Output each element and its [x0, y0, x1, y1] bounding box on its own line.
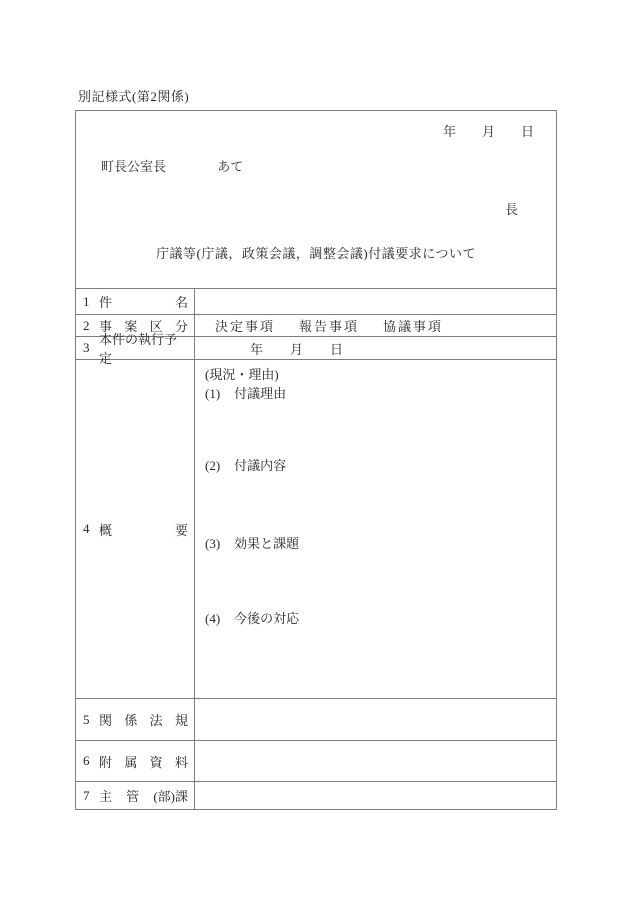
row-number: 6 — [83, 753, 99, 769]
label-char: 要 — [175, 520, 188, 539]
date-day-label: 日 — [330, 339, 343, 358]
date-year-label: 年 — [250, 339, 263, 358]
addressee-name: 町長公室長 — [101, 159, 166, 174]
label-char: 属 — [124, 752, 137, 771]
label-char: 主 — [99, 786, 112, 805]
attachments-cell — [195, 741, 556, 781]
sender-label: 長 — [505, 202, 518, 217]
item-text: 付議理由 — [234, 384, 286, 403]
related-laws-cell — [195, 699, 556, 740]
table-row-execution-schedule: 3 本件の執行予定 年 月 日 — [76, 336, 556, 359]
label-char: 法 — [150, 710, 163, 729]
subject-cell — [195, 289, 556, 314]
overview-content: (現況・理由) (1)付議理由 (2)付議内容 (3)効果と課題 (4)今後の対… — [195, 360, 556, 628]
option-decision: 決定事項 — [215, 316, 275, 335]
sender-line: 長 — [505, 199, 518, 218]
overview-item-4: (4)今後の対応 — [205, 609, 556, 628]
row-number: 7 — [83, 788, 99, 804]
table-row-responsible-division: 7 主 管 (部)課 — [76, 781, 556, 809]
date-year-label: 年 — [443, 121, 456, 140]
overview-item-2: (2)付議内容 — [205, 456, 556, 475]
option-consultation: 協議事項 — [383, 316, 443, 335]
overview-cell: (現況・理由) (1)付議理由 (2)付議内容 (3)効果と課題 (4)今後の対… — [195, 360, 556, 698]
label-char: 関 — [99, 710, 112, 729]
row-label-execution-schedule: 3 本件の執行予定 — [76, 337, 195, 359]
item-text: 効果と課題 — [234, 534, 299, 553]
row-label-text: 件 名 — [99, 292, 188, 311]
table-row-attachments: 6 附 属 資 料 — [76, 740, 556, 781]
label-char: 管 — [126, 786, 139, 805]
overview-heading: (現況・理由) — [205, 365, 556, 384]
row-number: 5 — [83, 712, 99, 728]
item-number: (2) — [205, 458, 220, 473]
execution-date-cell: 年 月 日 — [195, 337, 556, 359]
form-note: 別記様式(第2関係) — [78, 86, 189, 105]
label-char: 件 — [99, 292, 112, 311]
addressee-suffix: あて — [217, 159, 243, 174]
document-title: 庁議等(庁議，政策会議，調整会議)付議要求について — [76, 243, 556, 262]
overview-item-1: (1)付議理由 — [205, 384, 556, 403]
row-number: 3 — [83, 340, 99, 356]
execution-date-line: 年 月 日 — [195, 337, 556, 359]
date-month-label: 月 — [482, 121, 495, 140]
item-number: (3) — [205, 536, 220, 551]
label-char: 名 — [175, 292, 188, 311]
date-month-label: 月 — [290, 339, 303, 358]
document-frame: 年 月 日 町長公室長 あて 長 庁議等(庁議，政策会議，調整会議)付議要求につ… — [75, 110, 557, 810]
case-category-cell: 決定事項 報告事項 協議事項 — [195, 315, 556, 336]
item-number: (1) — [205, 386, 220, 401]
option-report: 報告事項 — [299, 316, 359, 335]
item-text: 今後の対応 — [234, 609, 299, 628]
row-number: 1 — [83, 294, 99, 310]
responsible-division-cell — [195, 782, 556, 809]
row-number: 2 — [83, 318, 99, 334]
date-line: 年 月 日 — [443, 121, 534, 140]
table-row-overview: 4 概 要 (現況・理由) (1)付議理由 (2)付議内容 (3)効果と課題 (… — [76, 359, 556, 698]
row-label-attachments: 6 附 属 資 料 — [76, 741, 195, 781]
row-label-text: 概 要 — [99, 520, 188, 539]
row-label-related-laws: 5 関 係 法 規 — [76, 699, 195, 740]
document-header: 年 月 日 町長公室長 あて 長 庁議等(庁議，政策会議，調整会議)付議要求につ… — [76, 111, 556, 288]
row-label-subject: 1 件 名 — [76, 289, 195, 314]
case-options: 決定事項 報告事項 協議事項 — [195, 315, 556, 336]
row-label-text: 関 係 法 規 — [99, 710, 188, 729]
label-char: 附 — [99, 752, 112, 771]
row-label-responsible-division: 7 主 管 (部)課 — [76, 782, 195, 809]
table-row-subject: 1 件 名 — [76, 288, 556, 314]
table-row-related-laws: 5 関 係 法 規 — [76, 698, 556, 740]
label-char: 概 — [99, 520, 112, 539]
item-text: 付議内容 — [234, 456, 286, 475]
row-number: 4 — [83, 521, 99, 537]
label-char: 料 — [175, 752, 188, 771]
label-char: (部)課 — [153, 786, 188, 805]
date-day-label: 日 — [521, 121, 534, 140]
overview-item-3: (3)効果と課題 — [205, 534, 556, 553]
label-char: 資 — [150, 752, 163, 771]
row-label-overview: 4 概 要 — [76, 360, 195, 698]
row-label-text: 主 管 (部)課 — [99, 786, 188, 805]
label-char: 規 — [175, 710, 188, 729]
label-char: 係 — [124, 710, 137, 729]
item-number: (4) — [205, 611, 220, 626]
row-label-text: 附 属 資 料 — [99, 752, 188, 771]
addressee-line: 町長公室長 あて — [101, 156, 243, 175]
